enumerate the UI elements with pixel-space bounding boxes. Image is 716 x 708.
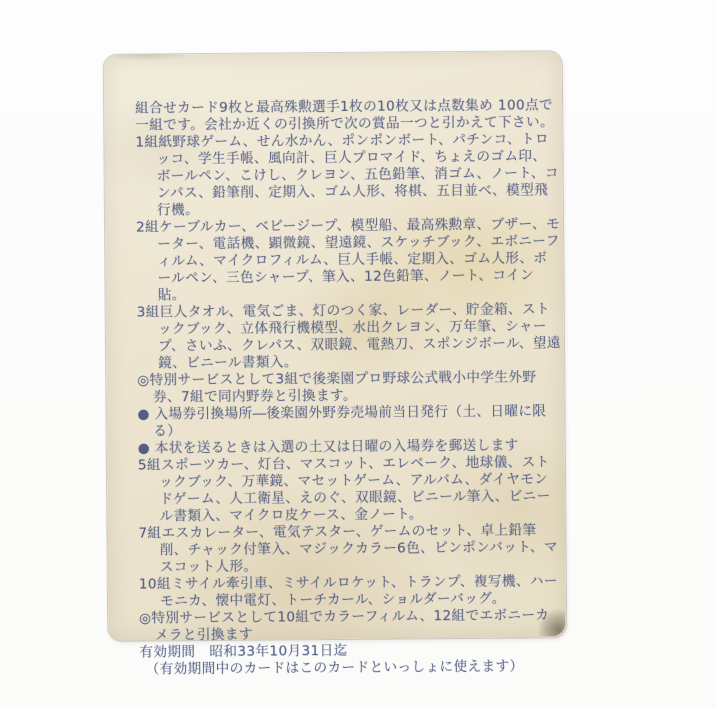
special-line: ◎特別サービスとして3組で後楽園プロ野球公式戦小中学生外野券、7組で同内野券と引… (137, 369, 561, 406)
special-line: ◎特別サービスとして10組でカラーフィルム、12組でエボニーカメラと引換ます (139, 607, 563, 644)
paper-wear (114, 54, 184, 65)
prize-entry: 7組エスカレーター、電気テスター、ゲームのセット、卓上鉛筆削、チャック付筆入、マ… (138, 522, 562, 576)
prize-entry: 3組巨人タオル、電気ごま、灯のつく家、レーダー、貯金箱、ストックブック、立体飛行… (137, 301, 562, 372)
footnote-line: （有効期間中のカードはこのカードといっしょに使えます） (139, 658, 563, 678)
intro-line: 組合せカード9枚と最高殊勲選手1枚の10枚又は点数集め 100点で一組です。会社… (135, 97, 559, 134)
corner-stain (535, 606, 565, 636)
prize-entry: 10組ミサイル牽引車、ミサイルロケット、トランプ、複写機、ハーモニカ、懐中電灯、… (139, 573, 563, 610)
note-line: ● 入場券引換場所―後楽園外野券売場前当日発行（土、日曜に限る） (137, 403, 561, 440)
scan-background: 組合せカード9枚と最高殊勲選手1枚の10枚又は点数集め 100点で一組です。会社… (0, 0, 716, 708)
prize-entry: 1組紙野球ゲーム、せん水かん、ポンポンボート、パチンコ、トロッコ、学生手帳、風向… (135, 131, 560, 219)
card-text: 組合せカード9枚と最高殊勲選手1枚の10枚又は点数集め 100点で一組です。会社… (135, 97, 564, 678)
menko-card-back: 組合せカード9枚と最高殊勲選手1枚の10枚又は点数集め 100点で一組です。会社… (104, 51, 567, 641)
prize-entry: 5組スポーツカー、灯台、マスコット、エレベーク、地球儀、ストックブック、万華鏡、… (138, 454, 563, 525)
prize-entry: 2組ケーブルカー、ベビージープ、模型船、最高殊勲章、ブザー、モーター、電話機、顕… (136, 216, 561, 304)
